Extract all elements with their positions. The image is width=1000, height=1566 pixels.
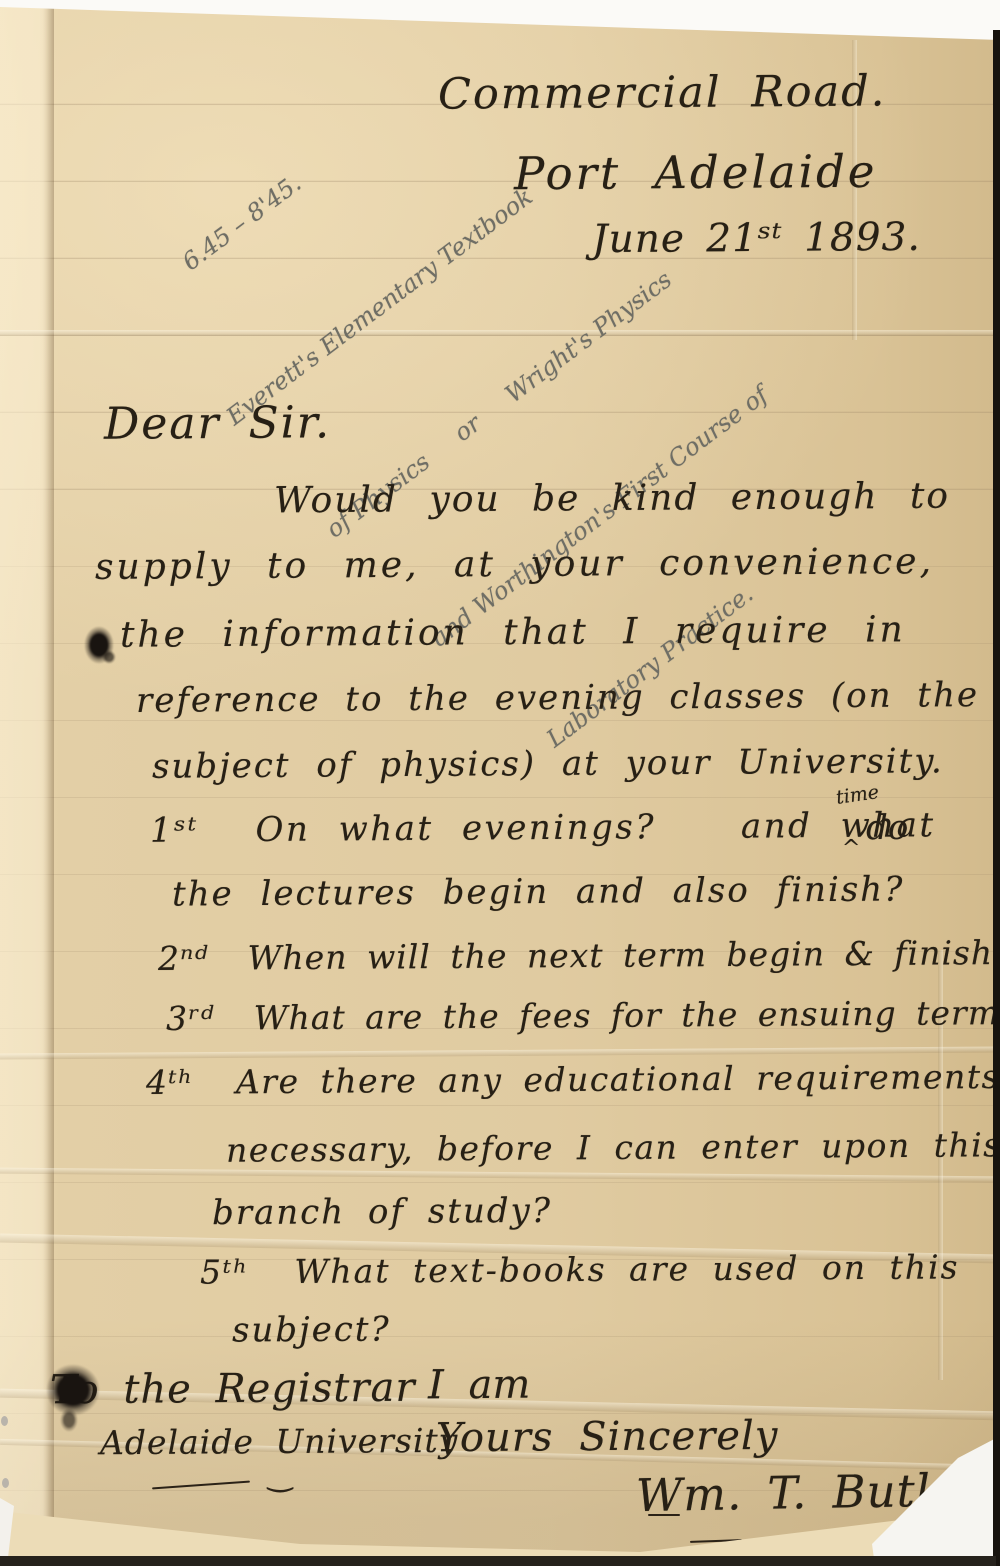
valediction-line-1: I am <box>428 1362 531 1409</box>
body-line: reference to the evening classes (on the <box>136 675 979 721</box>
address-line-2: Port Adelaide <box>514 145 878 201</box>
question-5: 5ᵗʰ What text-books are used on this <box>200 1247 960 1291</box>
question-4-cont: necessary, before I can enter upon this <box>226 1125 1000 1169</box>
body-line: supply to me, at your convenience, <box>95 541 934 588</box>
ink-blot <box>102 650 116 664</box>
question-4-end: branch of study? <box>212 1191 552 1233</box>
ink-blot <box>60 1408 78 1432</box>
address-line-1: Commercial Road. <box>438 66 887 119</box>
left-fold-crease <box>0 0 54 1566</box>
addressee-line-1: To the Registrar <box>50 1365 416 1414</box>
salutation: Dear Sir. <box>104 397 331 450</box>
signature-underline <box>648 1514 680 1516</box>
question-4: 4ᵗʰ Are there any educational requiremen… <box>146 1057 1000 1102</box>
ink-blot <box>46 1364 100 1416</box>
body-line: the information that I require in <box>120 609 906 655</box>
letter-scan-page: 6.45 – 8'45. Everett's Elementary Textbo… <box>0 0 1000 1566</box>
question-3: 3ʳᵈ What are the fees for the ensuing te… <box>166 993 1000 1038</box>
date-line: June 21ˢᵗ 1893. <box>592 215 921 262</box>
question-5-end: subject? <box>232 1309 391 1350</box>
scan-edge-bottom <box>0 1556 996 1566</box>
question-1-end: do <box>866 808 909 848</box>
valediction-line-2: Yours Sincerely <box>436 1413 779 1461</box>
body-line: subject of physics) at your University. <box>152 741 944 787</box>
insertion-caret: ^ <box>842 836 861 861</box>
question-2: 2ⁿᵈ When will the next term begin & fini… <box>158 933 1000 978</box>
flourish-curve: ‿ <box>268 1458 292 1493</box>
scan-edge-right <box>993 30 1000 1566</box>
body-line: Would you be kind enough to <box>274 476 950 522</box>
edge-speck <box>2 1478 9 1488</box>
edge-speck <box>1 1416 8 1426</box>
addressee-line-2: Adelaide University <box>100 1421 459 1463</box>
question-1: 1ˢᵗ On what evenings? and what <box>150 805 936 850</box>
question-1-cont: the lectures begin and also finish? <box>172 869 905 914</box>
